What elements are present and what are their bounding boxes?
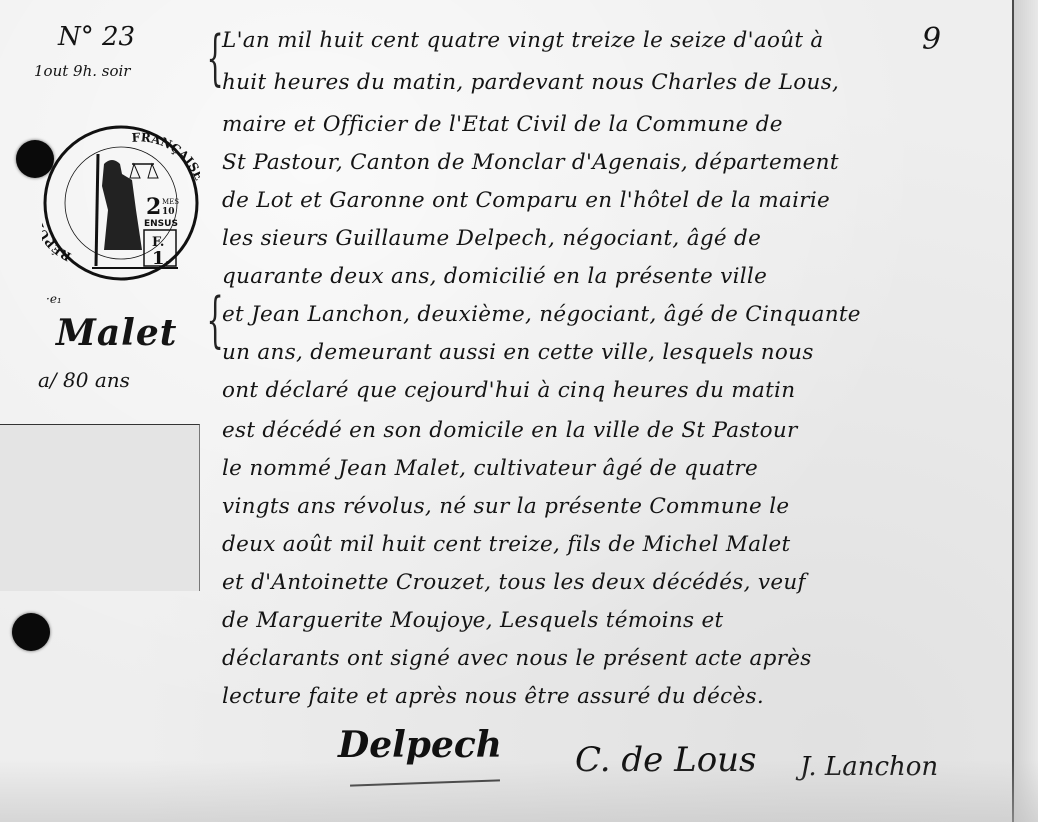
- body-line-9: un ans, demeurant aussi en cette ville, …: [222, 340, 814, 365]
- body-line-8: et Jean Lanchon, deuxième, négociant, âg…: [222, 302, 861, 327]
- svg-text:FRANÇAISE: FRANÇAISE: [131, 130, 200, 182]
- deceased-surname-margin: Malet: [56, 312, 177, 354]
- page-number: 9: [922, 22, 941, 57]
- body-line-14: deux août mil huit cent treize, fils de …: [222, 532, 791, 557]
- tax-stamp-icon: RÉPUBLIQUE FRANÇAISE 2 MES 10 ENSUS F. 1…: [42, 124, 200, 282]
- body-line-18: lecture faite et après nous être assuré …: [222, 684, 764, 709]
- svg-text:ENSUS: ENSUS: [144, 219, 178, 229]
- svg-text:2: 2: [146, 194, 161, 220]
- body-line-11: est décédé en son domicile en la ville d…: [222, 418, 798, 443]
- body-line-7: quarante deux ans, domicilié en la prése…: [222, 264, 767, 289]
- body-line-17: déclarants ont signé avec nous le présen…: [222, 646, 812, 671]
- svg-text:10: 10: [162, 207, 175, 217]
- punch-hole-bottom: [12, 613, 50, 651]
- body-line-3: maire et Officier de l'Etat Civil de la …: [222, 112, 783, 137]
- document-page: N° 23 1out 9h. soir RÉPUBLIQUE FRANÇAISE…: [0, 0, 1038, 822]
- body-line-12: le nommé Jean Malet, cultivateur âgé de …: [222, 456, 758, 481]
- entry-number: N° 23: [58, 22, 135, 52]
- body-line-1: L'an mil huit cent quatre vingt treize l…: [222, 28, 824, 53]
- body-line-5: de Lot et Garonne ont Comparu en l'hôtel…: [222, 188, 830, 213]
- page-shadow: [0, 760, 1038, 822]
- body-line-2: huit heures du matin, pardevant nous Cha…: [222, 70, 839, 95]
- margin-date-note: 1out 9h. soir: [34, 62, 130, 80]
- body-line-10: ont déclaré que cejourd'hui à cinq heure…: [222, 378, 795, 403]
- body-line-15: et d'Antoinette Crouzet, tous les deux d…: [222, 570, 806, 595]
- body-line-4: St Pastour, Canton de Monclar d'Agenais,…: [222, 150, 839, 175]
- svg-text:MES: MES: [162, 198, 179, 206]
- deceased-age-margin: a/ 80 ans: [38, 368, 130, 392]
- body-line-6: les sieurs Guillaume Delpech, négociant,…: [222, 226, 761, 251]
- page-edge: [1014, 0, 1038, 822]
- svg-text:1.: 1.: [152, 248, 171, 269]
- blank-label-area: [0, 424, 200, 591]
- body-line-16: de Marguerite Moujoye, Lesquels témoins …: [222, 608, 723, 633]
- right-margin-rule: [1012, 0, 1014, 822]
- body-line-13: vingts ans révolus, né sur la présente C…: [222, 494, 789, 519]
- margin-mark: ·e₁: [46, 292, 62, 306]
